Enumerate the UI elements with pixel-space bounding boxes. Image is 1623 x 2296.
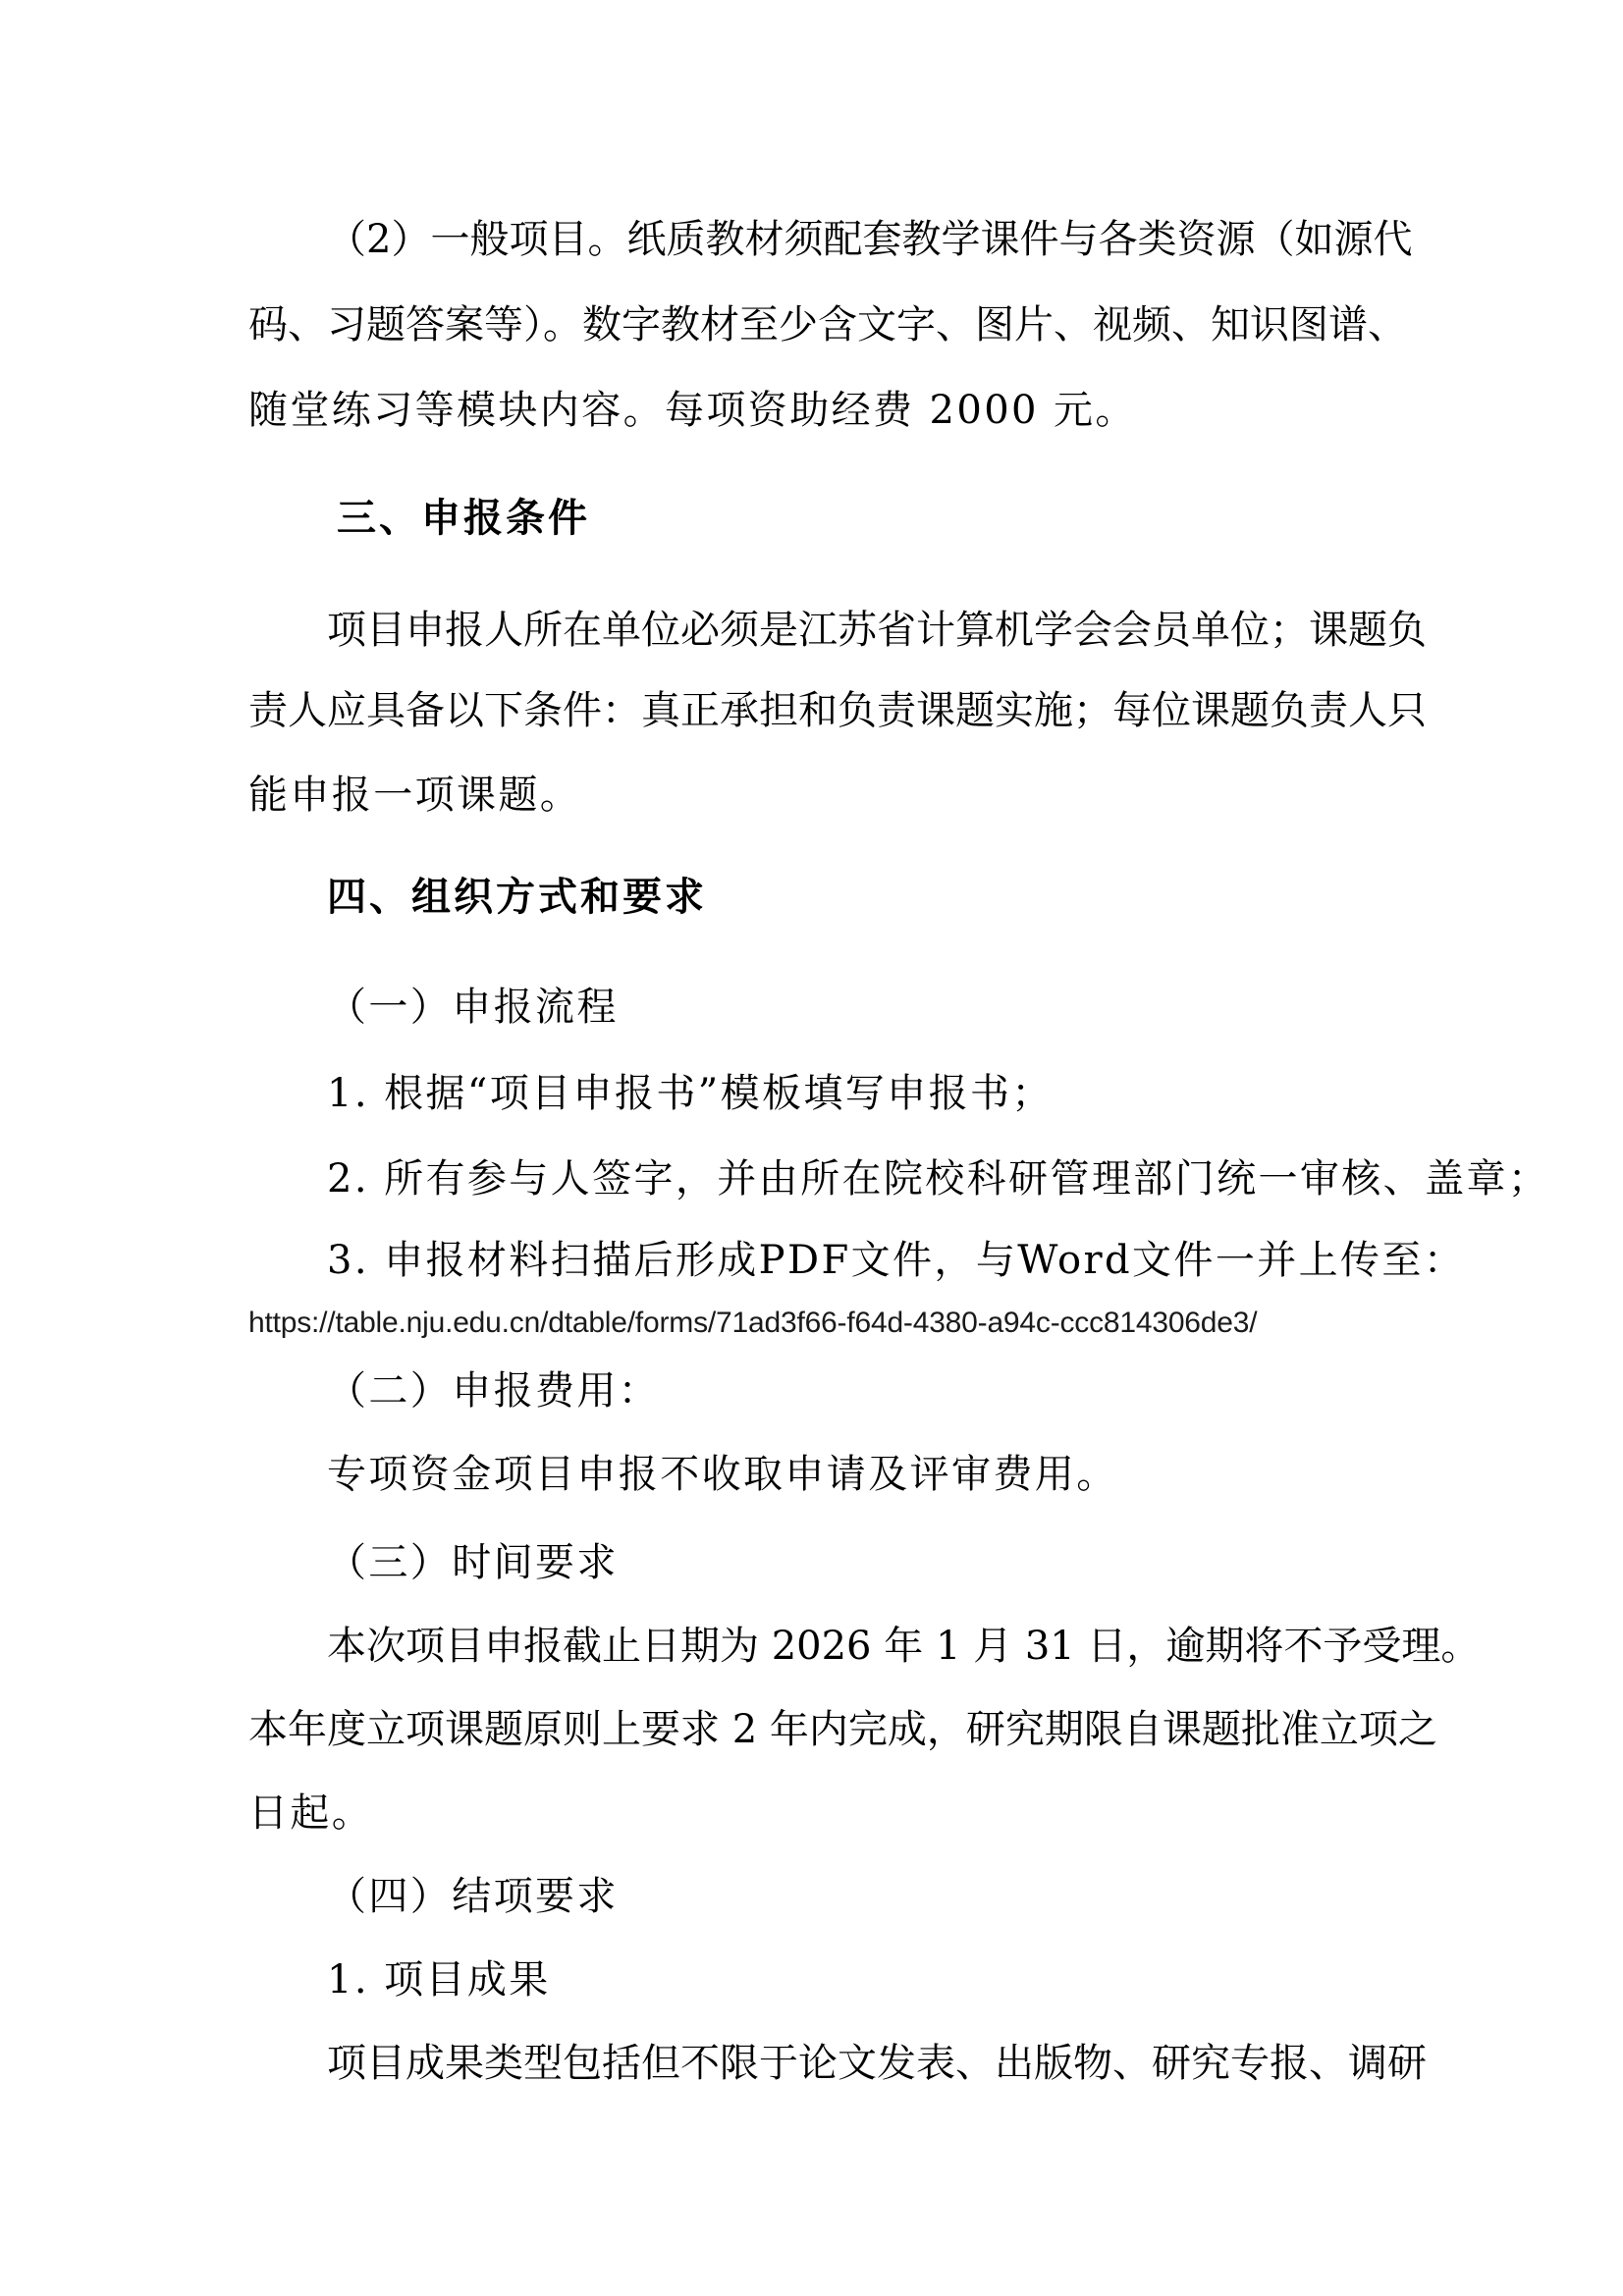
general-project-line-2: 码、习题答案等）。数字教材至少含文字、图片、视频、知识图谱、 xyxy=(248,301,1376,348)
timeline-line-3: 日起。 xyxy=(248,1789,373,1837)
timeline-line-1: 本次项目申报截止日期为 2026 年 1 月 31 日，逾期将不予受理。 xyxy=(327,1623,1376,1670)
outcomes-heading: 1. 项目成果 xyxy=(327,1956,551,2003)
eligibility-line-2: 责人应具备以下条件：真正承担和负责课题实施；每位课题负责人只 xyxy=(248,687,1376,734)
subheading-process: （一）申报流程 xyxy=(327,984,619,1031)
process-step-3: 3. 申报材料扫描后形成PDF文件，与Word文件一并上传至： xyxy=(327,1237,1465,1284)
document-page: （2）一般项目。纸质教材须配套教学课件与各类资源（如源代 码、习题答案等）。数字… xyxy=(0,0,1623,2296)
process-step-1: 1. 根据“项目申报书”模板填写申报书； xyxy=(327,1070,1054,1117)
fees-paragraph: 专项资金项目申报不收取申请及评审费用。 xyxy=(327,1451,1118,1498)
subheading-closing: （四）结项要求 xyxy=(327,1873,619,1920)
general-project-line-3: 随堂练习等模块内容。每项资助经费 2000 元。 xyxy=(248,387,1137,434)
process-step-2: 2. 所有参与人签字，并由所在院校科研管理部门统一审核、盖章； xyxy=(327,1155,1549,1202)
eligibility-line-3: 能申报一项课题。 xyxy=(248,772,581,819)
general-project-line-1: （2）一般项目。纸质教材须配套教学课件与各类资源（如源代 xyxy=(327,216,1376,263)
subheading-timeline: （三）时间要求 xyxy=(327,1539,619,1586)
outcomes-line-1: 项目成果类型包括但不限于论文发表、出版物、研究专报、调研 xyxy=(327,2040,1376,2087)
section-heading-organization: 四、组织方式和要求 xyxy=(327,874,707,921)
section-heading-eligibility: 三、申报条件 xyxy=(337,495,590,542)
upload-url-link[interactable]: https://table.nju.edu.cn/dtable/forms/71… xyxy=(248,1306,1257,1341)
subheading-fees: （二）申报费用： xyxy=(327,1367,660,1415)
eligibility-line-1: 项目申报人所在单位必须是江苏省计算机学会会员单位；课题负 xyxy=(327,607,1376,654)
timeline-line-2: 本年度立项课题原则上要求 2 年内完成，研究期限自课题批准立项之 xyxy=(248,1706,1376,1753)
